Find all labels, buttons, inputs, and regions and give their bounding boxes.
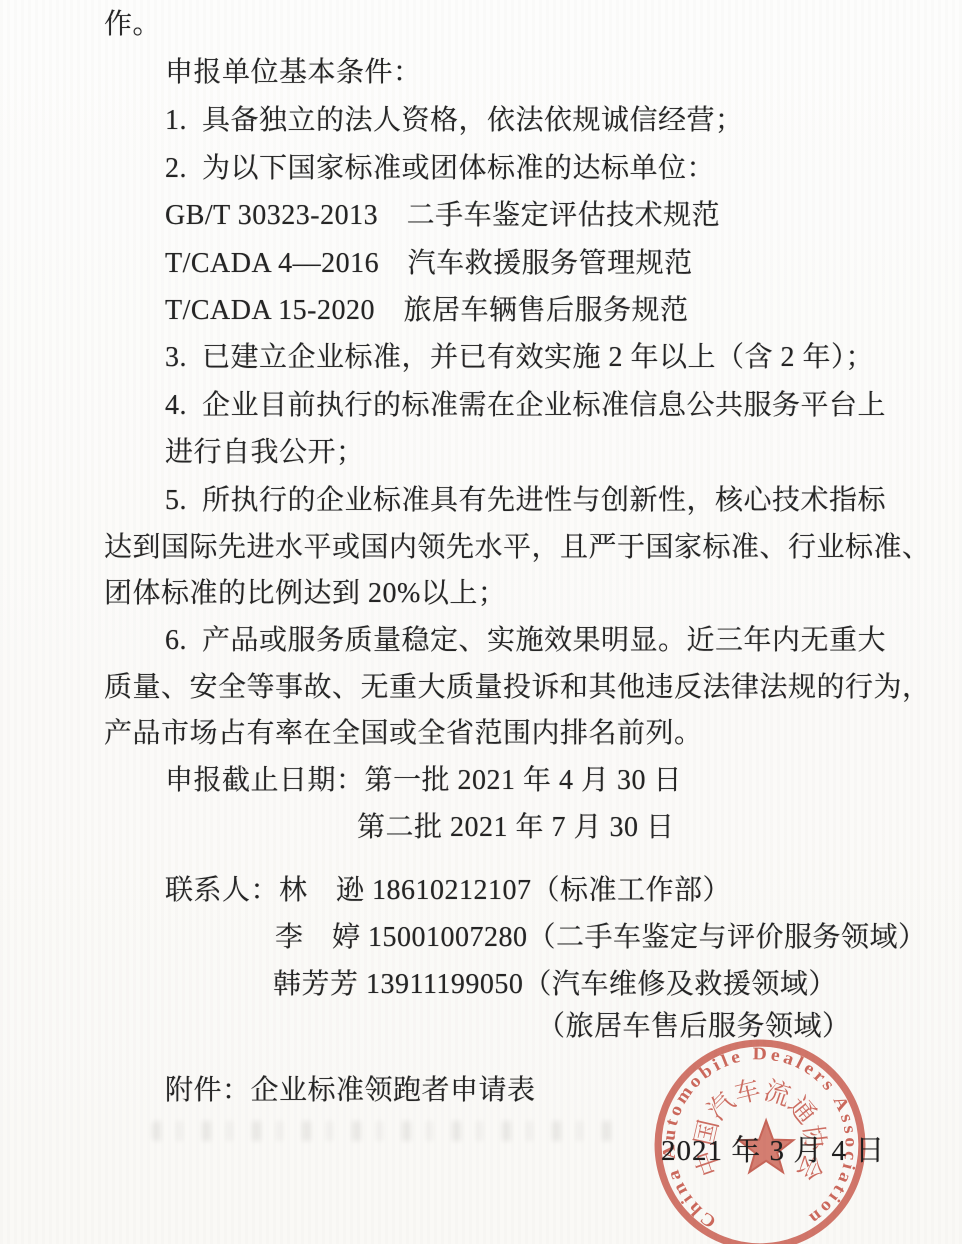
line-attachment: 附件：企业标准领跑者申请表 (165, 1074, 536, 1108)
line-contact-lin-xun: 联系人：林 逊 18610212107（标准工作部） (165, 874, 731, 908)
line-standard-tcada-4: T/CADA 4—2016 汽车救援服务管理规范 (165, 247, 693, 281)
line-deadline-batch-1: 申报截止日期：第一批 2021 年 4 月 30 日 (165, 764, 682, 798)
date-line: 2021 年 3 月 4 日 (661, 1128, 885, 1169)
line-standard-tcada-15: T/CADA 15-2020 旅居车辆售后服务规范 (165, 294, 689, 328)
line-contact-li-ting: 李 婷 15001007280（二手车鉴定与评价服务领域） (275, 921, 927, 955)
line-section-title: 申报单位基本条件： (165, 56, 422, 90)
line-condition-4: 4. 企业目前执行的标准需在企业标准信息公共服务平台上 (165, 389, 886, 423)
line-standard-gbt-30323: GB/T 30323-2013 二手车鉴定评估技术规范 (165, 199, 720, 233)
line-condition-5-cont-1: 达到国际先进水平或国内领先水平，且严于国家标准、行业标准、 (104, 531, 931, 565)
bleed-through-smudge (152, 1121, 622, 1141)
line-contact-han-fangfang: 韩芳芳 13911199050（汽车维修及救援领域） (273, 968, 837, 1002)
line-condition-2: 2. 为以下国家标准或团体标准的达标单位： (165, 152, 715, 186)
line-condition-1: 1. 具备独立的法人资格，依法依规诚信经营； (165, 104, 744, 138)
line-condition-6: 6. 产品或服务质量稳定、实施效果明显。近三年内无重大 (165, 624, 886, 658)
line-condition-6-cont-1: 质量、安全等事故、无重大质量投诉和其他违反法律法规的行为， (104, 671, 931, 705)
line-condition-3: 3. 已建立企业标准，并已有效实施 2 年以上（含 2 年）； (165, 341, 874, 375)
line-paragraph-tail: 作。 (104, 8, 161, 42)
line-condition-5: 5. 所执行的企业标准具有先进性与创新性，核心技术指标 (165, 484, 886, 518)
line-condition-6-cont-2: 产品市场占有率在全国或全省范围内排名前列。 (104, 717, 703, 751)
line-condition-4-cont: 进行自我公开； (165, 436, 365, 470)
scanned-document-page: 作。 申报单位基本条件： 1. 具备独立的法人资格，依法依规诚信经营； 2. 为… (0, 0, 962, 1244)
line-deadline-batch-2: 第二批 2021 年 7 月 30 日 (357, 811, 675, 845)
line-condition-5-cont-2: 团体标准的比例达到 20%以上； (104, 577, 506, 611)
